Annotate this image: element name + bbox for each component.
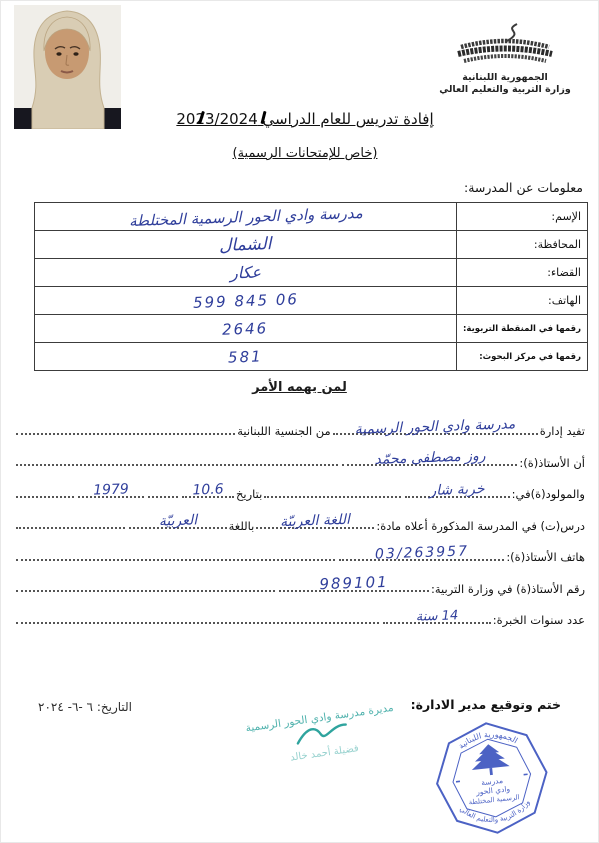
row-label: الإسم: <box>457 203 588 231</box>
row-value: الشمال <box>35 231 457 259</box>
row-label: رقمها في مركز البحوث: <box>457 343 588 371</box>
handwritten-teacher-phone: 03/263957 <box>375 543 469 562</box>
document-subtitle: (خاص للإمتحانات الرسمية) <box>150 146 460 161</box>
handwritten-school-name: مدرسة وادي الحور الرسمية <box>355 416 516 438</box>
section-heading: لمن يهمه الأمر <box>0 380 599 395</box>
dotted-field <box>148 496 178 498</box>
dotted-field <box>16 433 235 435</box>
dotted-field <box>16 590 275 592</box>
row-value: مدرسة وادي الحور الرسمية المختلطة <box>35 203 457 231</box>
dotted-field: 989101 <box>279 590 429 592</box>
date-line: التاريخ: ٦ -٦- ٢٠٢٤ <box>38 700 132 714</box>
dotted-field <box>16 527 125 529</box>
table-row: القضاء: عكار <box>35 259 588 287</box>
row-value: 581 <box>35 343 457 371</box>
dotted-field: 03/263957 <box>339 559 504 561</box>
table-row: رقمها في مركز البحوث: 581 <box>35 343 588 371</box>
body-line-teacher-phone: هاتف الأستاذ(ة): 03/263957 <box>14 533 585 565</box>
dotted-field: العربيّة <box>129 527 227 529</box>
dotted-field: 14 سنة <box>383 622 491 624</box>
certificate-body: تفيد إدارة مدرسة وادي الحور الرسمية من ا… <box>14 407 585 628</box>
handwritten-language: العربيّة <box>158 512 197 529</box>
row-value: عكار <box>35 259 457 287</box>
body-line-ministry-number: رقم الأستاذ(ة) في وزارة التربية: 989101 <box>14 565 585 597</box>
handwritten-experience-years: 14 سنة <box>415 608 458 624</box>
dotted-field: اللغة العربيّة <box>256 527 374 529</box>
school-info-table: الإسم: مدرسة وادي الحور الرسمية المختلطة… <box>34 202 588 371</box>
body-line-experience: عدد سنوات الخبرة: 14 سنة <box>14 596 585 628</box>
date-value: ٦ -٦- ٢٠٢٤ <box>38 700 93 714</box>
official-octagon-seal: الجمهورية اللبنانية وزارة التربية والتعل… <box>420 713 564 843</box>
row-label: القضاء: <box>457 259 588 287</box>
row-label: الهاتف: <box>457 287 588 315</box>
ministry-name: وزارة التربية والتعليم العالي <box>423 84 587 95</box>
table-row: الإسم: مدرسة وادي الحور الرسمية المختلطة <box>35 203 588 231</box>
body-line-administration: تفيد إدارة مدرسة وادي الحور الرسمية من ا… <box>14 407 585 439</box>
dotted-field: مدرسة وادي الحور الرسمية <box>333 433 538 435</box>
handwritten-ministry-number: 989101 <box>319 573 389 593</box>
teaching-certificate-document: الجمهورية اللبنانية وزارة التربية والتعل… <box>0 0 599 843</box>
table-row: الهاتف: 06 845 599 <box>35 287 588 315</box>
dotted-field <box>16 496 74 498</box>
portrait-photo-illustration <box>14 5 121 129</box>
document-title: إفادة تدريس للعام الدراسي 2023/2024 <box>150 110 460 128</box>
date-label: التاريخ: <box>97 700 132 714</box>
cedar-tree-icon <box>469 742 510 777</box>
dotted-field <box>264 496 400 498</box>
dotted-field: خربة شار <box>405 496 510 498</box>
row-value: 06 845 599 <box>35 287 457 315</box>
handwritten-subject: اللغة العربيّة <box>280 512 350 530</box>
dotted-field: 10.6 <box>182 496 234 498</box>
dotted-field: 1979 <box>78 496 144 498</box>
stamp-signature-label: ختم وتوقيع مدير الادارة: <box>411 697 561 712</box>
school-info-heading: معلومات عن المدرسة: <box>464 180 583 195</box>
republic-name: الجمهورية اللبنانية <box>423 72 587 83</box>
handwritten-birth-day: 10.6 <box>192 481 224 498</box>
title-text: إفادة تدريس للعام الدراسي <box>263 110 434 128</box>
dotted-field: روز مصطفى محمّد <box>342 464 517 466</box>
ministry-header: الجمهورية اللبنانية وزارة التربية والتعل… <box>423 22 587 95</box>
row-value: 2646 <box>35 315 457 343</box>
title-year: 2023/2024 <box>176 110 257 128</box>
row-label: المحافظة: <box>457 231 588 259</box>
table-row: المحافظة: الشمال <box>35 231 588 259</box>
body-line-subject: درس(ت) في المدرسة المذكورة أعلاه مادة: ا… <box>14 502 585 534</box>
handwritten-birth-place: خربة شار <box>429 481 485 499</box>
body-line-birth: والمولود(ة)في: خربة شار بتاريخ 10.6 1979 <box>14 470 585 502</box>
row-label: رقمها في المنقطة التربوية: <box>457 315 588 343</box>
portrait-photo <box>14 5 121 129</box>
handwritten-teacher-name: روز مصطفى محمّد <box>374 448 486 468</box>
director-signature-stamp: مديرة مدرسة وادي الحور الرسمية فضيلة أحم… <box>228 699 417 771</box>
ministry-book-logo-icon <box>445 22 565 70</box>
body-line-teacher-name: أن الأستاذ(ة): روز مصطفى محمّد <box>14 439 585 471</box>
dotted-field <box>16 622 379 624</box>
table-row: رقمها في المنقطة التربوية: 2646 <box>35 315 588 343</box>
handwritten-birth-year: 1979 <box>93 481 129 498</box>
dotted-field <box>16 559 335 561</box>
dotted-field <box>16 464 338 466</box>
